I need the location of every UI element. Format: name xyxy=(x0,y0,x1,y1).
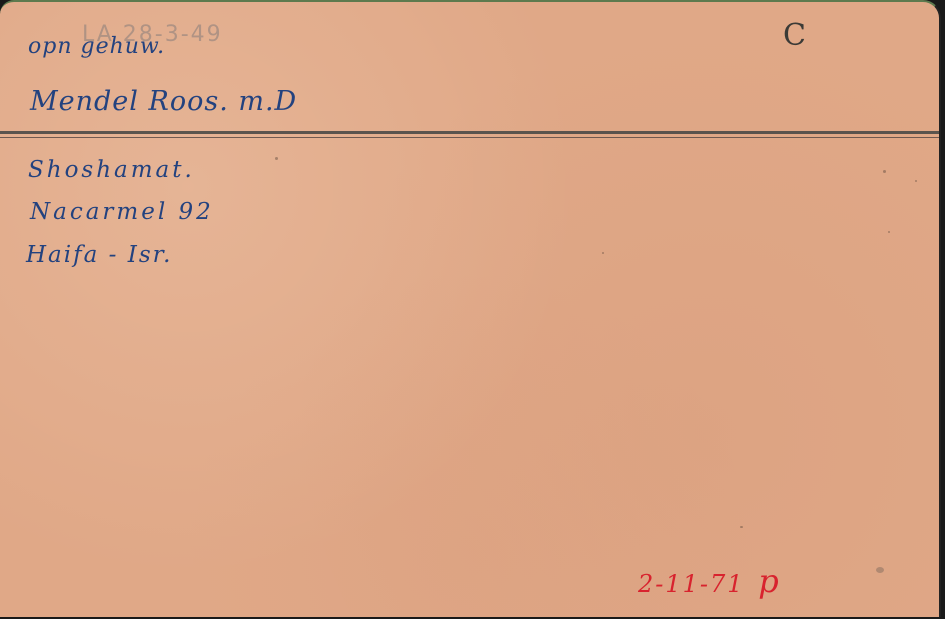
paper-speck xyxy=(740,526,743,528)
red-date: 2-11-71 xyxy=(638,570,745,598)
header-divider-thin xyxy=(0,137,941,138)
paper-speck xyxy=(883,170,886,173)
red-initial: p xyxy=(758,562,780,600)
red-date-note: 2-11-71 p xyxy=(638,562,781,600)
address-line-3: Haifa - Isr. xyxy=(26,242,172,268)
paper-smudge xyxy=(876,567,884,573)
corner-letter-mark: C xyxy=(783,18,806,53)
address-line-1: Shoshamat. xyxy=(28,157,195,183)
person-name: Mendel Roos. m.D xyxy=(30,86,297,117)
address-line-2: Nacarmel 92 xyxy=(30,199,214,225)
paper-speck xyxy=(275,157,278,160)
archive-index-card: LA 28-3-49 opn gehuw. C Mendel Roos. m.D… xyxy=(0,0,941,617)
paper-speck xyxy=(888,231,890,233)
paper-speck xyxy=(915,180,917,182)
header-note: opn gehuw. xyxy=(28,34,165,59)
paper-speck xyxy=(602,252,604,254)
header-divider-thick xyxy=(0,131,941,134)
